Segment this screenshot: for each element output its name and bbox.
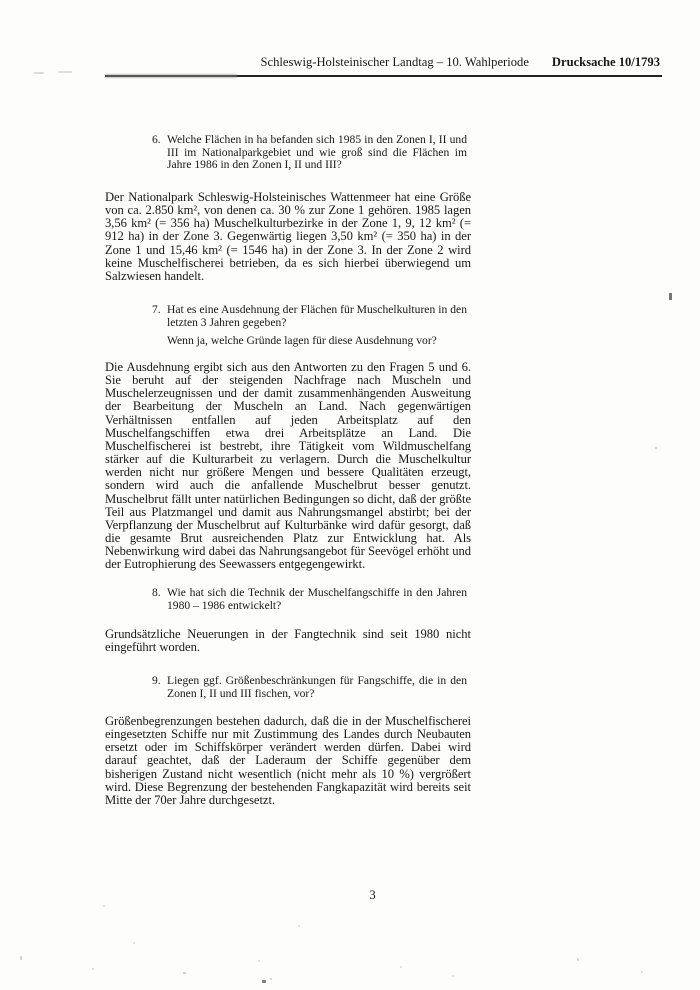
question-8: 8. Wie hat sich die Technik der Muschelf… xyxy=(152,587,467,612)
header-drucksache-number: Drucksache 10/1793 xyxy=(552,55,660,70)
scan-speck xyxy=(641,971,643,973)
header-parliament-title: Schleswig-Holsteinischer Landtag – 10. W… xyxy=(261,55,529,70)
scan-speck xyxy=(34,72,44,74)
page-number: 3 xyxy=(0,888,700,903)
question-9-text: Liegen ggf. Größenbeschränkungen für Fan… xyxy=(167,675,467,700)
scanned-document-page: { "header": { "left": "Schleswig-Holstei… xyxy=(0,0,700,990)
scan-speck xyxy=(183,972,186,974)
scan-speck xyxy=(92,968,94,970)
question-7-number: 7. xyxy=(152,304,167,317)
document-header: Schleswig-Holsteinischer Landtag – 10. W… xyxy=(0,55,660,70)
scan-speck xyxy=(20,956,22,960)
scan-speck xyxy=(452,975,454,977)
question-7-subtext: Wenn ja, welche Gründe lagen für diese A… xyxy=(167,335,467,348)
question-8-text: Wie hat sich die Technik der Muschelfang… xyxy=(167,587,467,612)
question-6-text: Welche Flächen in ha befanden sich 1985 … xyxy=(167,134,467,172)
header-rule-scan-smudge xyxy=(105,74,237,78)
question-7-text: Hat es eine Ausdehnung der Flächen für M… xyxy=(167,304,467,329)
question-6-number: 6. xyxy=(152,134,167,147)
scan-speck xyxy=(577,958,579,961)
scan-speck xyxy=(262,980,266,983)
scan-speck xyxy=(103,905,105,907)
scan-speck xyxy=(258,960,260,962)
answer-7-paragraph: Die Ausdehnung ergibt sich aus den Antwo… xyxy=(105,361,471,572)
answer-8-paragraph: Grundsätzliche Neuerungen in der Fangtec… xyxy=(105,628,471,654)
question-9-number: 9. xyxy=(152,675,167,688)
question-9: 9. Liegen ggf. Größenbeschränkungen für … xyxy=(152,675,467,700)
question-8-number: 8. xyxy=(152,587,167,600)
question-7: 7. Hat es eine Ausdehnung der Flächen fü… xyxy=(152,304,467,348)
scan-speck xyxy=(298,925,300,927)
scan-speck xyxy=(270,978,272,980)
scan-speck xyxy=(58,71,72,73)
answer-6-paragraph: Der Nationalpark Schleswig-Holsteinische… xyxy=(105,191,471,283)
scan-speck xyxy=(400,966,402,968)
question-6: 6. Welche Flächen in ha befanden sich 19… xyxy=(152,134,467,172)
scan-speck xyxy=(133,942,135,944)
scan-speck xyxy=(655,447,657,449)
scan-artifact-mark xyxy=(669,293,672,300)
answer-9-paragraph: Größenbegrenzungen bestehen dadurch, daß… xyxy=(105,715,471,807)
